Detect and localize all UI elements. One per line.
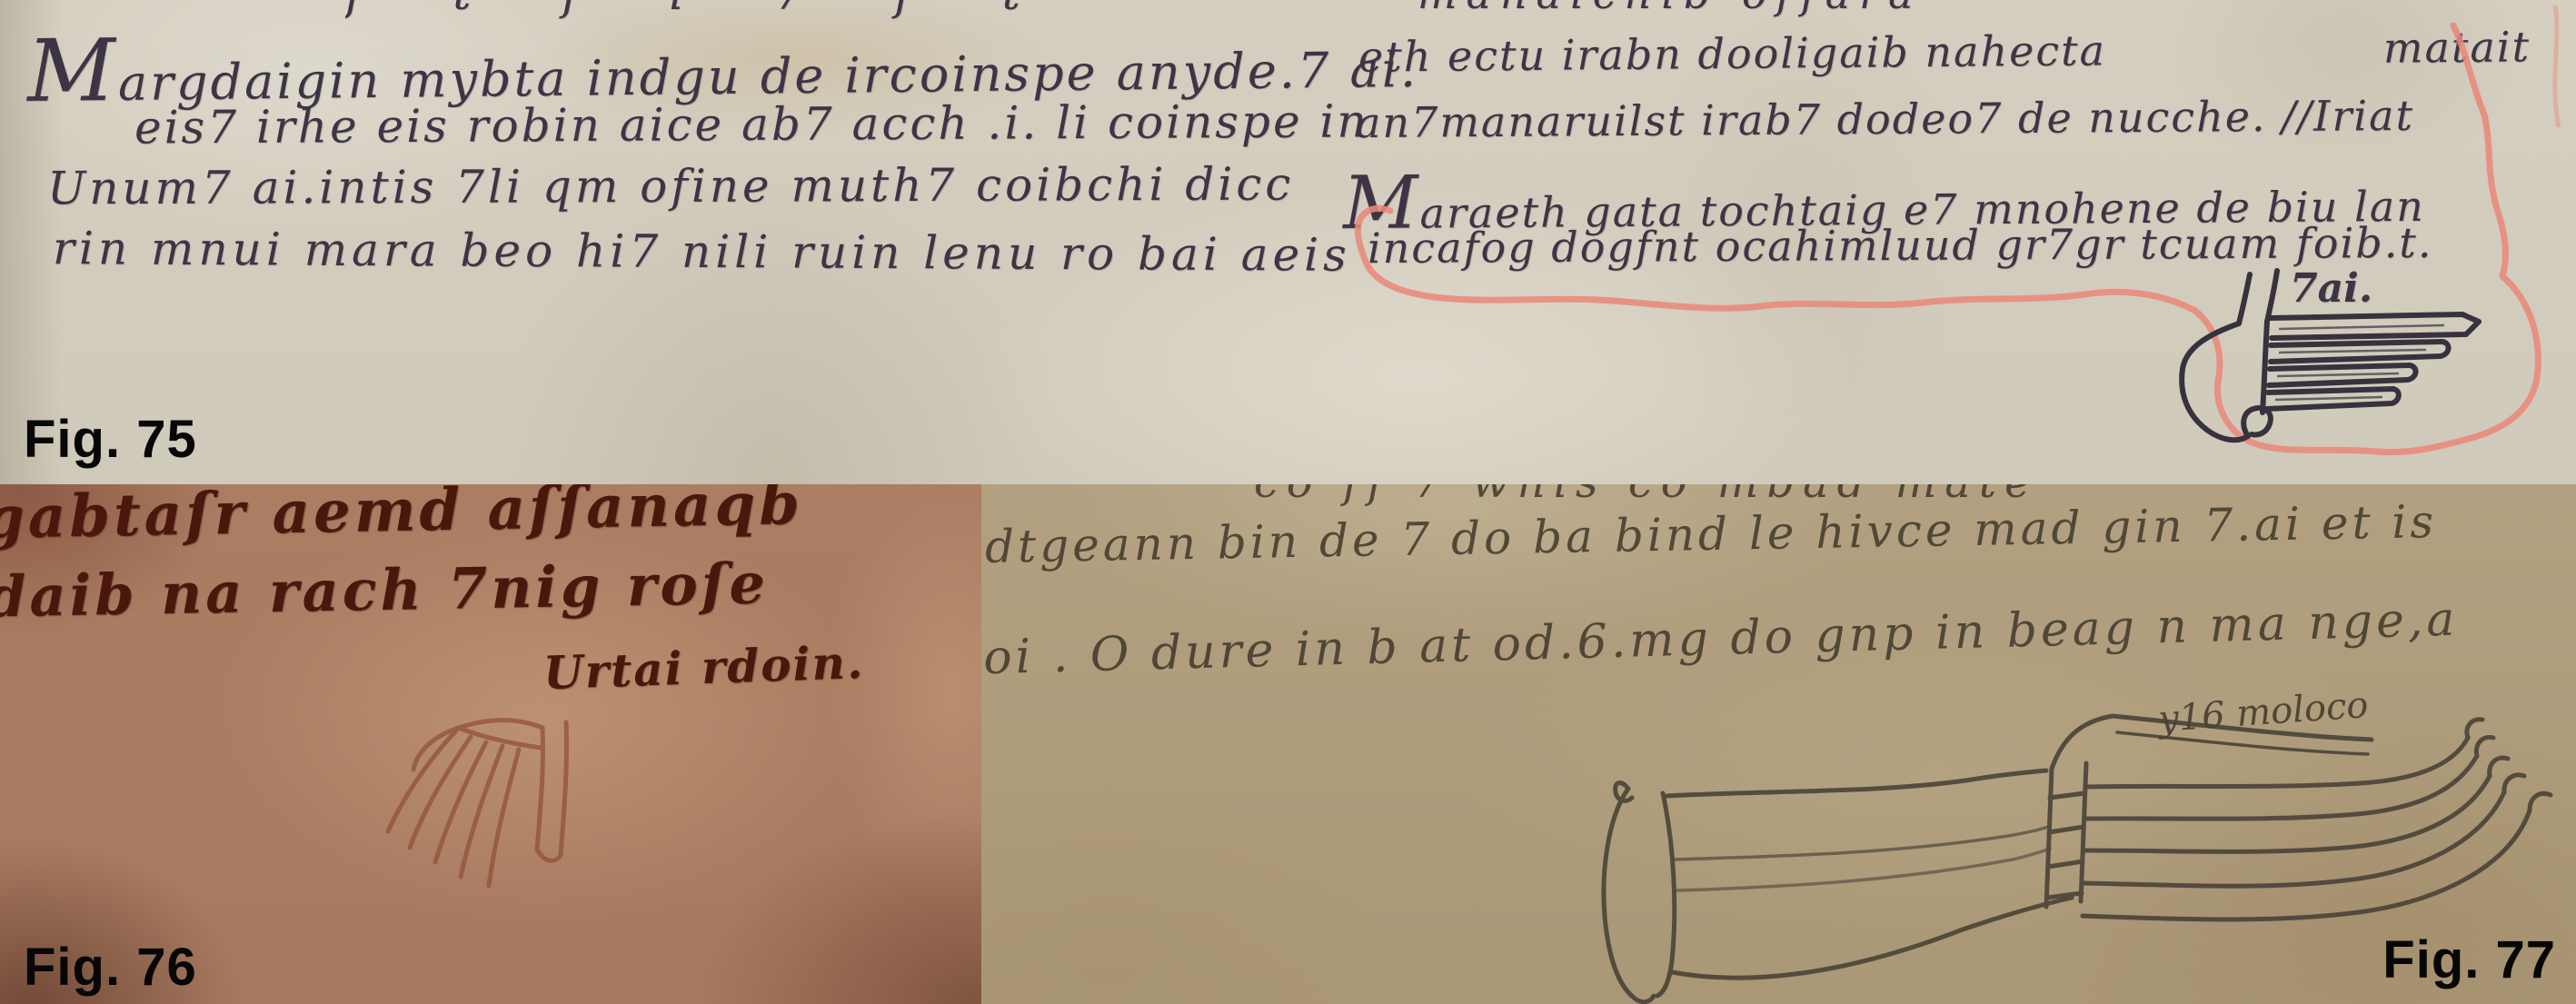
figure-caption: Fig. 77 [2382, 929, 2556, 990]
manuscript-line: rin mnui mara beo hi7 nili ruin lenu ro … [53, 222, 1351, 281]
manuscript-line: manaichib offara [1417, 0, 2462, 18]
figure-caption: Fig. 75 [24, 409, 197, 470]
manuscript-line: an7manaruilst irab7 dodeo7 de nucche. //… [1356, 91, 2414, 147]
manuscript-line: gabtaſr aemd aſſanaqb [0, 484, 804, 552]
margin-word: matait [2383, 22, 2531, 72]
manicule-icon [323, 621, 622, 920]
manicule-icon [2163, 265, 2544, 472]
figure-caption: Fig. 76 [24, 937, 197, 998]
manuscript-line: Unum7 ai.intis 7li qm ofine muth7 coibch… [47, 158, 1294, 215]
figure-plate: ſ t ſ l 7 ſ t Margdaigin mybta indgu de … [0, 0, 2576, 1004]
manuscript-line: daib na rach 7nig roſe [0, 550, 770, 630]
cut-off-line-right: manaichib offara [1417, 0, 2462, 20]
fig77-manuscript-photo: co ff 7 wnis co mbad mate dtgeann bin de… [981, 484, 2576, 1004]
fig75-manuscript-photo: ſ t ſ l 7 ſ t Margdaigin mybta indgu de … [0, 0, 2576, 484]
manuscript-line: eis7 irhe eis robin aice ab7 acch .i. li… [134, 94, 1369, 154]
fig76-manuscript-photo: gabtaſr aemd aſſanaqb daib na rach 7nig … [0, 484, 981, 1004]
manuscript-line-row: eth ectu irabn dooligaib nahecta matait [1358, 22, 2531, 81]
manuscript-line: eth ectu irabn dooligaib nahecta [1358, 25, 2106, 81]
